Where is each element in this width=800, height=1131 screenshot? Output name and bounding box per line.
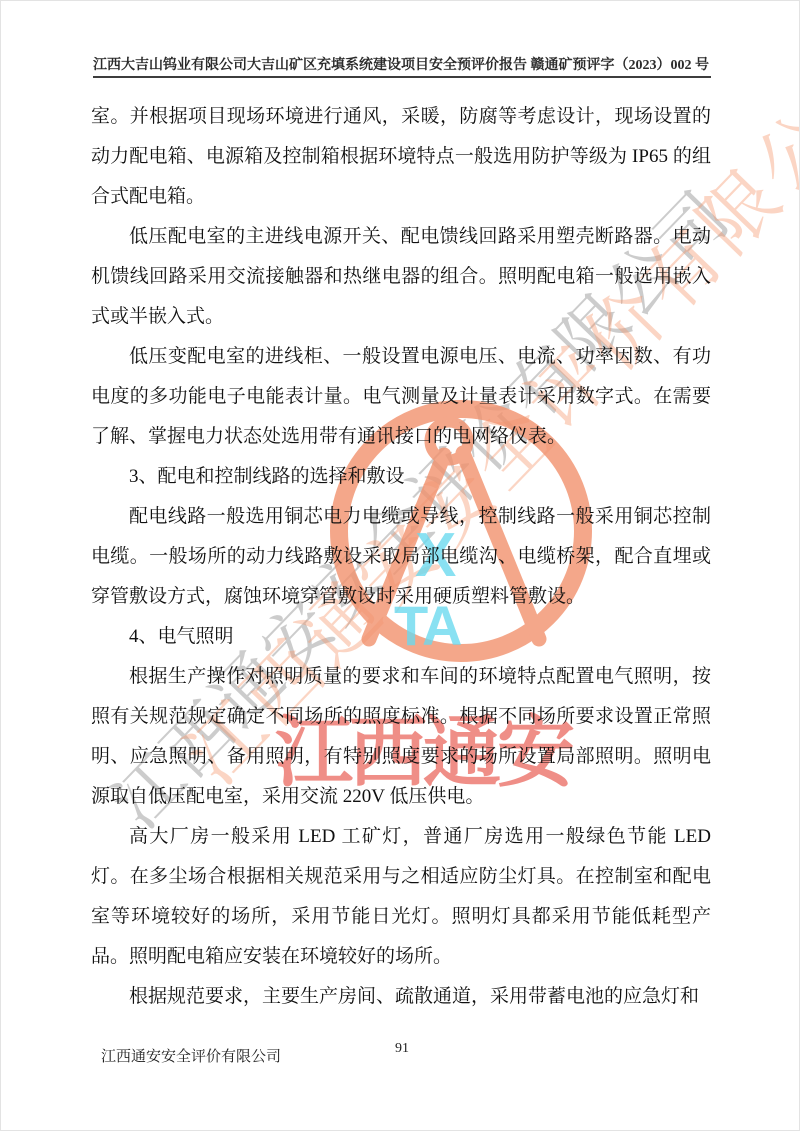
body-paragraph: 根据生产操作对照明质量的要求和车间的环境特点配置电气照明，按照有关规范规定确定不…: [91, 657, 711, 817]
header-report-title: 江西大吉山钨业有限公司大吉山矿区充填系统建设项目安全预评价报告: [93, 54, 527, 74]
page-number: 91: [93, 1041, 711, 1057]
body-paragraphs: 室。并根据项目现场环境进行通风，采暖，防腐等考虑设计，现场设置的动力配电箱、电源…: [91, 97, 711, 1017]
body-paragraph: 室。并根据项目现场环境进行通风，采暖，防腐等考虑设计，现场设置的动力配电箱、电源…: [91, 97, 711, 217]
content-layer: 江西大吉山钨业有限公司大吉山矿区充填系统建设项目安全预评价报告 赣通矿预评字（2…: [1, 1, 799, 1130]
document-page: 江西通安安全评价有限公司 江西通安安全评价有限公司 X TA 江西通安 江西大吉…: [0, 0, 800, 1131]
body-paragraph: 低压变配电室的进线柜、一般设置电源电压、电流、功率因数、有功电度的多功能电子电能…: [91, 337, 711, 457]
body-heading: 4、电气照明: [91, 617, 711, 657]
body-paragraph: 高大厂房一般采用 LED 工矿灯，普通厂房选用一般绿色节能 LED 灯。在多尘场…: [91, 817, 711, 977]
header-rule: [93, 76, 711, 78]
body-paragraph: 低压配电室的主进线电源开关、配电馈线回路采用塑壳断路器。电动机馈线回路采用交流接…: [91, 217, 711, 337]
body-paragraph: 根据规范要求，主要生产房间、疏散通道，采用带蓄电池的应急灯和: [91, 977, 711, 1017]
header-document-number: 赣通矿预评字（2023）002 号: [531, 54, 710, 74]
body-heading: 3、配电和控制线路的选择和敷设: [91, 457, 711, 497]
body-paragraph: 配电线路一般选用铜芯电力电缆或导线，控制线路一般采用铜芯控制电缆。一般场所的动力…: [91, 497, 711, 617]
